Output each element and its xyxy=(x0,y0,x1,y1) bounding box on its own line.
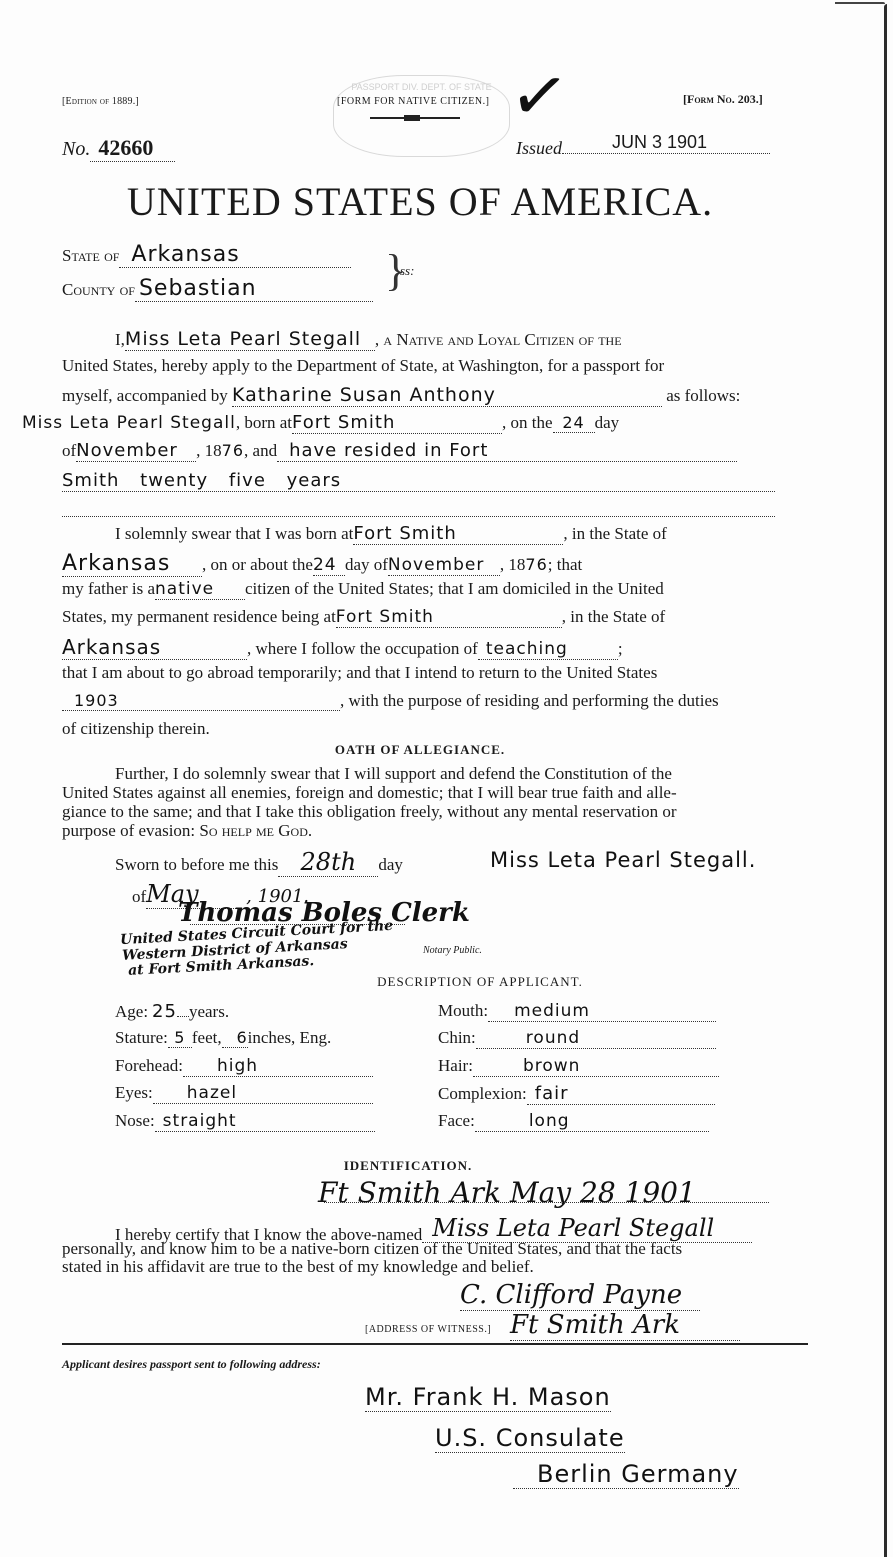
forehead-field: Forehead:high xyxy=(115,1056,373,1077)
witness-address-line xyxy=(510,1338,740,1341)
hair-field: Hair:brown xyxy=(438,1056,719,1077)
oath-occupation-line: Arkansas, where I follow the occupation … xyxy=(62,635,623,660)
page-edge-right xyxy=(884,4,887,1557)
certify-line-2: personally, and know him to be a native-… xyxy=(62,1239,682,1259)
applicant-name-line: I,Miss Leta Pearl Stegall, a Native and … xyxy=(115,328,622,351)
application-number: No.42660 xyxy=(62,135,175,162)
passport-application-page: [Edition of 1889.] PASSPORT DIV. DEPT. O… xyxy=(0,0,893,1557)
chin-field: Chin:round xyxy=(438,1028,716,1049)
face-field: Face:long xyxy=(438,1111,709,1132)
oath-residence-line: States, my permanent residence being atF… xyxy=(62,607,665,628)
remarks-line: Smith twenty five years xyxy=(62,470,775,492)
complexion-field: Complexion:fair xyxy=(438,1083,715,1105)
header-ornament-center xyxy=(404,115,420,121)
accompanied-line: myself, accompanied by Katharine Susan A… xyxy=(62,384,740,407)
oath-birthplace-line: I solemnly swear that I was born atFort … xyxy=(115,523,667,545)
witness-address-label: [ADDRESS OF WITNESS.] xyxy=(365,1324,491,1335)
state-field: State ofArkansas xyxy=(62,242,351,268)
identification-heading: IDENTIFICATION. xyxy=(0,1158,828,1174)
eyes-field: Eyes:hazel xyxy=(115,1083,373,1104)
oath-return-line: that I am about to go abroad temporarily… xyxy=(62,663,657,683)
ss-label: ss: xyxy=(400,263,414,279)
nose-field: Nose:straight xyxy=(115,1111,375,1132)
oath-of-allegiance-heading: OATH OF ALLEGIANCE. xyxy=(0,742,840,758)
allegiance-line-3: giance to the same; and that I take this… xyxy=(62,802,676,822)
mailing-address-line-1: Mr. Frank H. Mason xyxy=(365,1383,611,1412)
oath-return-year-line: 1903, with the purpose of residing and p… xyxy=(62,691,719,711)
birth-line: Miss Leta Pearl Stegall, born atFort Smi… xyxy=(22,412,619,434)
place-date-line xyxy=(324,1200,769,1203)
document-title: UNITED STATES OF AMERICA. xyxy=(0,178,840,225)
certify-line-3: stated in his affidavit are true to the … xyxy=(62,1257,534,1277)
stature-field: Stature:5feet,6inches, Eng. xyxy=(115,1028,331,1048)
accompanied-by-value: Katharine Susan Anthony xyxy=(232,384,662,407)
age-field: Age:25years. xyxy=(115,1001,229,1022)
applicant-signature: Miss Leta Pearl Stegall. xyxy=(490,848,756,872)
allegiance-line-1: Further, I do solemnly swear that I will… xyxy=(115,764,672,784)
sworn-day-line: Sworn to before me this28thday xyxy=(115,848,403,877)
passport-division-stamp: PASSPORT DIV. DEPT. OF STATE xyxy=(333,75,510,157)
oath-birthdate-line: Arkansas, on or about the24day ofNovembe… xyxy=(62,551,582,577)
blank-line xyxy=(62,498,775,522)
description-heading: DESCRIPTION OF APPLICANT. xyxy=(60,974,893,990)
allegiance-line-2: United States against all enemies, forei… xyxy=(62,783,677,803)
section-divider xyxy=(62,1343,808,1345)
mailing-address-line-3: Berlin Germany xyxy=(513,1460,739,1489)
mouth-field: Mouth:medium xyxy=(438,1001,716,1022)
birth-month-line: ofNovember, 1876, andhave resided in For… xyxy=(62,440,737,462)
notary-public-label: Notary Public. xyxy=(423,945,482,956)
oath-father-line: my father is anativecitizen of the Unite… xyxy=(62,579,664,600)
witness-signature: C. Clifford Payne xyxy=(460,1280,682,1310)
witness-address: Ft Smith Ark xyxy=(510,1310,680,1340)
identification-place-date: Ft Smith Ark May 28 1901 xyxy=(318,1176,696,1209)
county-field: County ofSebastian xyxy=(62,276,373,302)
applicant-name: Miss Leta Pearl Stegall xyxy=(125,328,375,351)
mailing-address-label: Applicant desires passport sent to follo… xyxy=(62,1357,321,1372)
edition-label: [Edition of 1889.] xyxy=(62,96,139,107)
check-mark-icon: ✓ xyxy=(505,51,574,140)
page-edge-top xyxy=(835,2,885,4)
mailing-address-line-2: U.S. Consulate xyxy=(435,1424,625,1453)
allegiance-line-4: purpose of evasion: So help me God. xyxy=(62,821,312,841)
oath-citizenship-line: of citizenship therein. xyxy=(62,719,210,739)
form-number-label: [Form No. 203.] xyxy=(683,92,763,107)
apply-line: United States, hereby apply to the Depar… xyxy=(62,356,664,376)
issued-field: IssuedJUN 3 1901 xyxy=(516,138,770,160)
form-type-label: [FORM FOR NATIVE CITIZEN.] xyxy=(337,96,489,107)
